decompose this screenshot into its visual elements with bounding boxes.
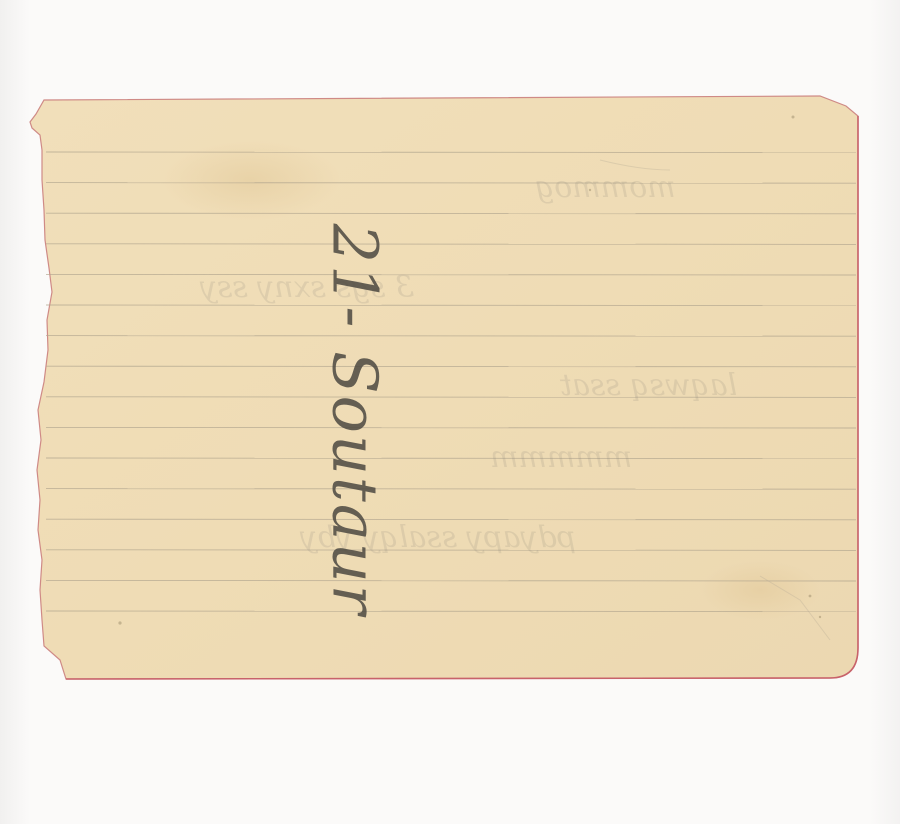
- bleed-text: mommog: [535, 170, 676, 205]
- rule-line: [46, 336, 856, 337]
- rule-line: [46, 183, 856, 184]
- rule-line: [46, 458, 856, 459]
- rule-line: [46, 244, 856, 245]
- rule-line: [46, 274, 856, 275]
- rule-line: [46, 366, 856, 367]
- rule-line: [46, 152, 856, 153]
- bleed-text: laqwsq ssat: [560, 368, 737, 403]
- pencil-inscription: 21- Soutaur: [319, 224, 392, 617]
- rule-line: [46, 489, 856, 490]
- bleed-text: mmmmm: [490, 440, 632, 475]
- rule-line: [46, 580, 856, 581]
- paper-sheet: [0, 0, 900, 824]
- rule-line: [46, 213, 856, 214]
- rule-line: [46, 427, 856, 428]
- rule-line: [46, 305, 856, 306]
- stain: [700, 560, 820, 620]
- rule-line: [46, 611, 856, 612]
